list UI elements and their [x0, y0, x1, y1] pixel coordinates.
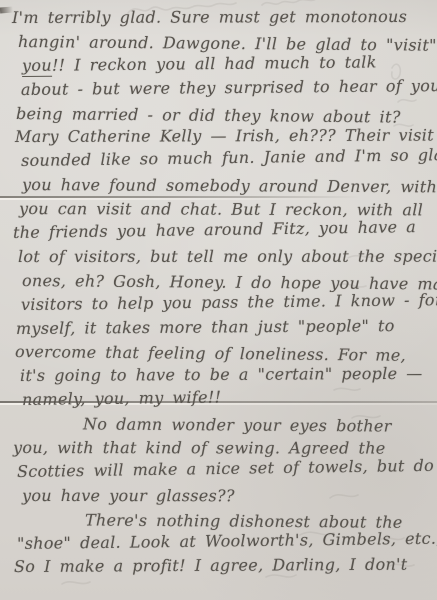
letter-line: you have found somebody around Denver, w… — [22, 173, 433, 199]
letter-line: namely, you, my wife!! — [22, 383, 433, 412]
letter-line: myself, it takes more than just "people"… — [16, 313, 433, 340]
letter-line: you have your glasses?? — [21, 484, 433, 508]
letter-line: about - but were they surprised to hear … — [21, 74, 433, 102]
underlined-word: you — [22, 55, 52, 76]
letter-line: lot of visitors, but tell me only about … — [18, 245, 433, 269]
letter-line: sounded like so much fun. Janie and I'm … — [20, 144, 433, 174]
letter-line: you!! I reckon you all had much to talk — [22, 50, 433, 78]
letter-line: the friends you have around Fitz, you ha… — [12, 215, 433, 245]
scanned-letter-page: I'm terribly glad. Sure must get monoton… — [0, 0, 437, 600]
letter-text: I'm terribly glad. Sure must get monoton… — [12, 6, 433, 579]
letter-line: visitors to help you pass the time. I kn… — [21, 288, 433, 317]
letter-line: Scotties will make a nice set of towels,… — [17, 454, 433, 484]
letter-line: I'm terribly glad. Sure must get monoton… — [12, 5, 433, 30]
letter-line: No damn wonder your eyes bother — [19, 412, 433, 439]
letter-line: So I make a profit! I agree, Darling, I … — [14, 553, 433, 579]
letter-line: "shoe" deal. Look at Woolworth's, Gimbel… — [17, 526, 434, 555]
